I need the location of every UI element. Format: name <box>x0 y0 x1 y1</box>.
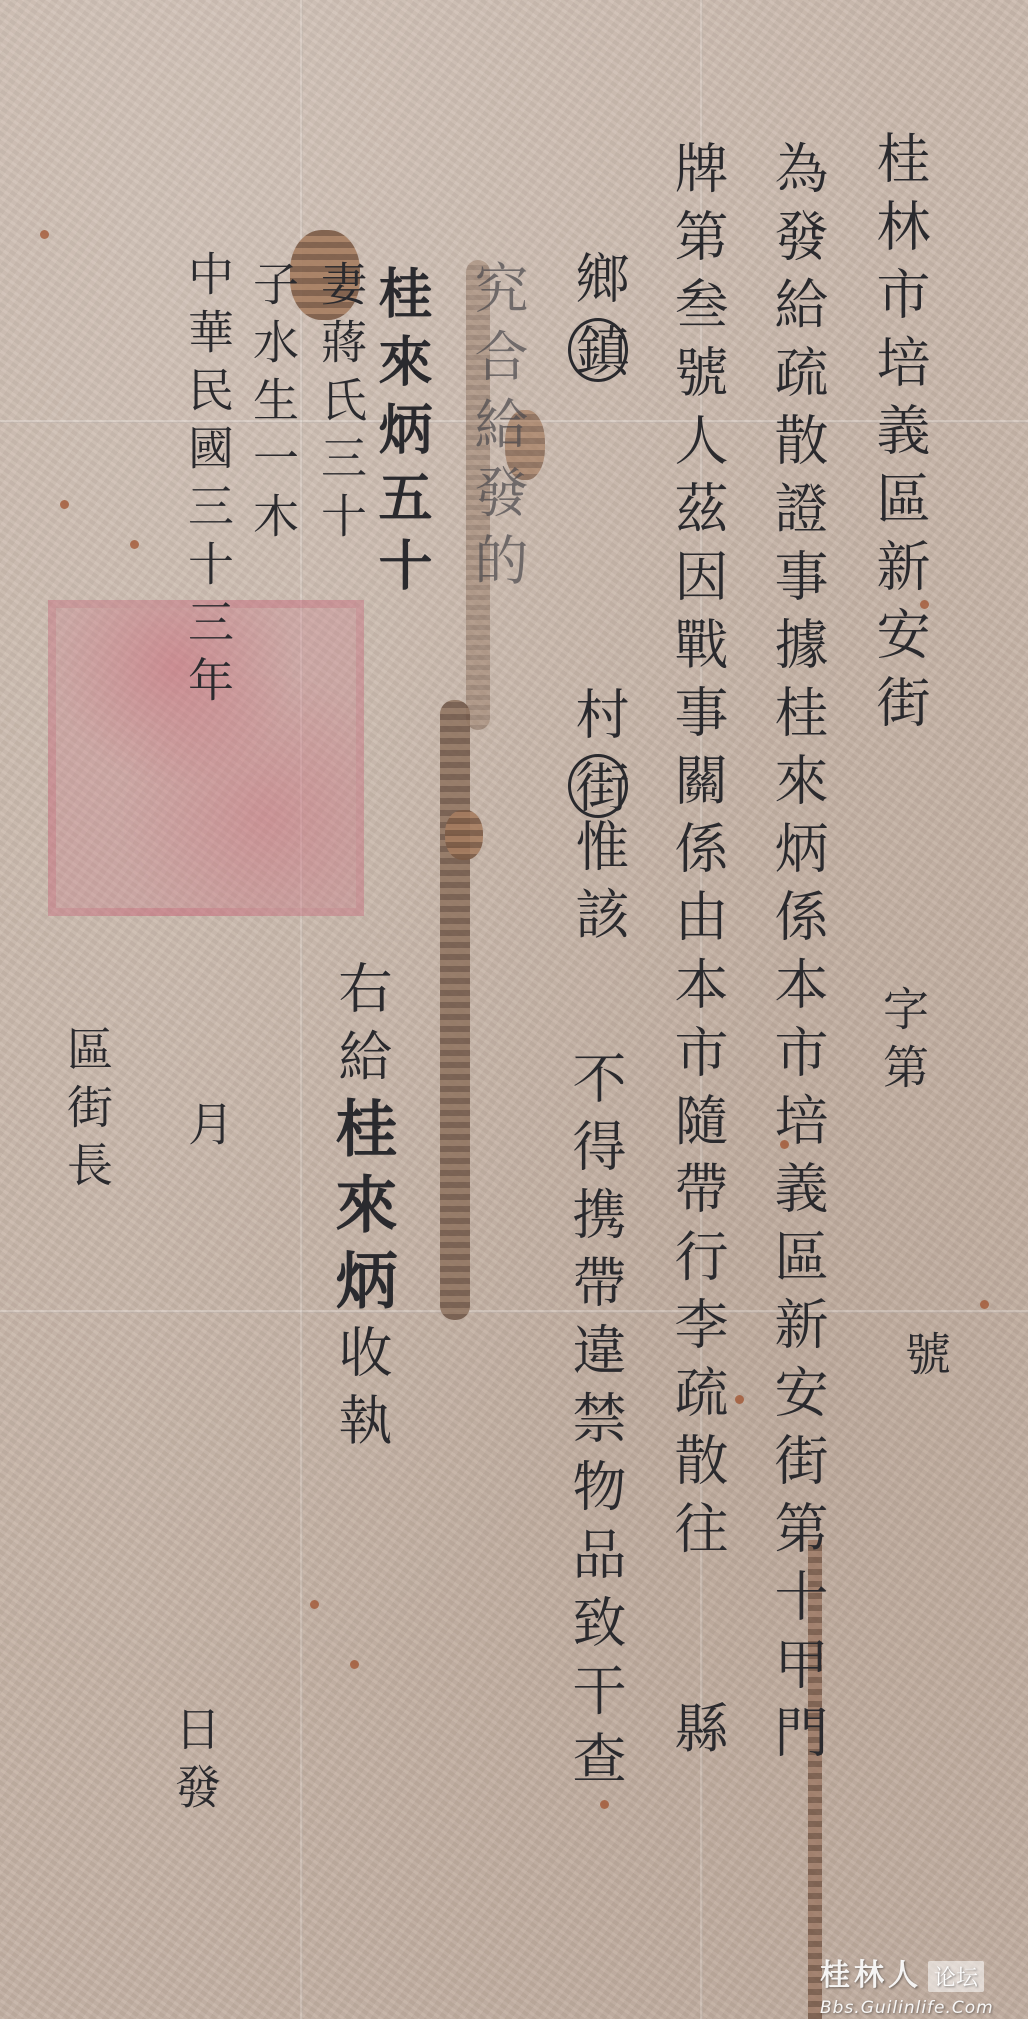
rust-spot <box>130 540 139 549</box>
issue-date-month: 月 <box>185 1100 231 1158</box>
village-label: 村 <box>567 686 630 754</box>
rust-spot <box>980 1300 989 1309</box>
signatory-title: 區街長 <box>64 1025 110 1199</box>
street-circled: 街 <box>568 754 628 818</box>
recipient-name: 桂來炳 <box>325 1096 398 1324</box>
rust-spot <box>735 1395 744 1404</box>
issue-date-year: 中華民國三十三年 <box>185 250 231 714</box>
paper-tear <box>440 700 470 1320</box>
forum-watermark: 桂林人论坛 Bbs.Guilinlife.Com <box>820 1950 994 2018</box>
issued-suffix: 收執 <box>330 1324 393 1460</box>
rust-spot <box>600 1800 609 1809</box>
rust-spot <box>60 500 69 509</box>
paper-damage-patch <box>445 810 483 860</box>
serial-suffix: 號 <box>902 1330 948 1388</box>
family-member-3: 子水生一木 <box>250 260 296 550</box>
rust-spot <box>350 1660 359 1669</box>
serial-prefix: 字第 <box>880 985 926 1101</box>
prohibition-text: 不得携帶違禁物品致干查 <box>568 1050 622 1798</box>
family-member-2: 妻蔣氏三十 <box>318 260 364 550</box>
destination-county: 縣 <box>670 1700 724 1768</box>
rust-spot <box>310 1600 319 1609</box>
township-label: 鄉 <box>567 250 630 318</box>
watermark-tag: 论坛 <box>928 1961 984 1992</box>
fold-line <box>0 1310 1028 1313</box>
watermark-site-name: 桂林人 <box>820 1958 922 1993</box>
body-line-1: 為發給疏散證事據桂來炳係本市培義區新安街第十甲門 <box>770 140 824 1772</box>
town-circled: 鎮 <box>568 318 628 382</box>
body-line-2: 牌第叁號人茲因戰事關係由本市隨帶行李疏散往 <box>670 140 724 1568</box>
header-address: 桂林市培義區新安街 <box>872 130 926 742</box>
issued-to-line: 右給桂來炳收執 <box>330 960 392 1460</box>
document-paper: 桂林市培義區新安街 字第 號 為發給疏散證事據桂來炳係本市培義區新安街第十甲門 … <box>0 0 1028 2019</box>
body-line-3: 鄉鎮 村街惟該 <box>568 250 628 954</box>
issued-prefix: 右給 <box>330 960 393 1096</box>
condition-text: 惟該 <box>567 818 630 954</box>
watermark-url: Bbs.Guilinlife.Com <box>820 1998 994 2018</box>
rust-spot <box>40 230 49 239</box>
family-member-1: 桂來炳五十 <box>375 265 429 605</box>
body-line-4: 究合給發的 <box>470 260 524 600</box>
issue-date-day: 日發 <box>172 1705 218 1821</box>
